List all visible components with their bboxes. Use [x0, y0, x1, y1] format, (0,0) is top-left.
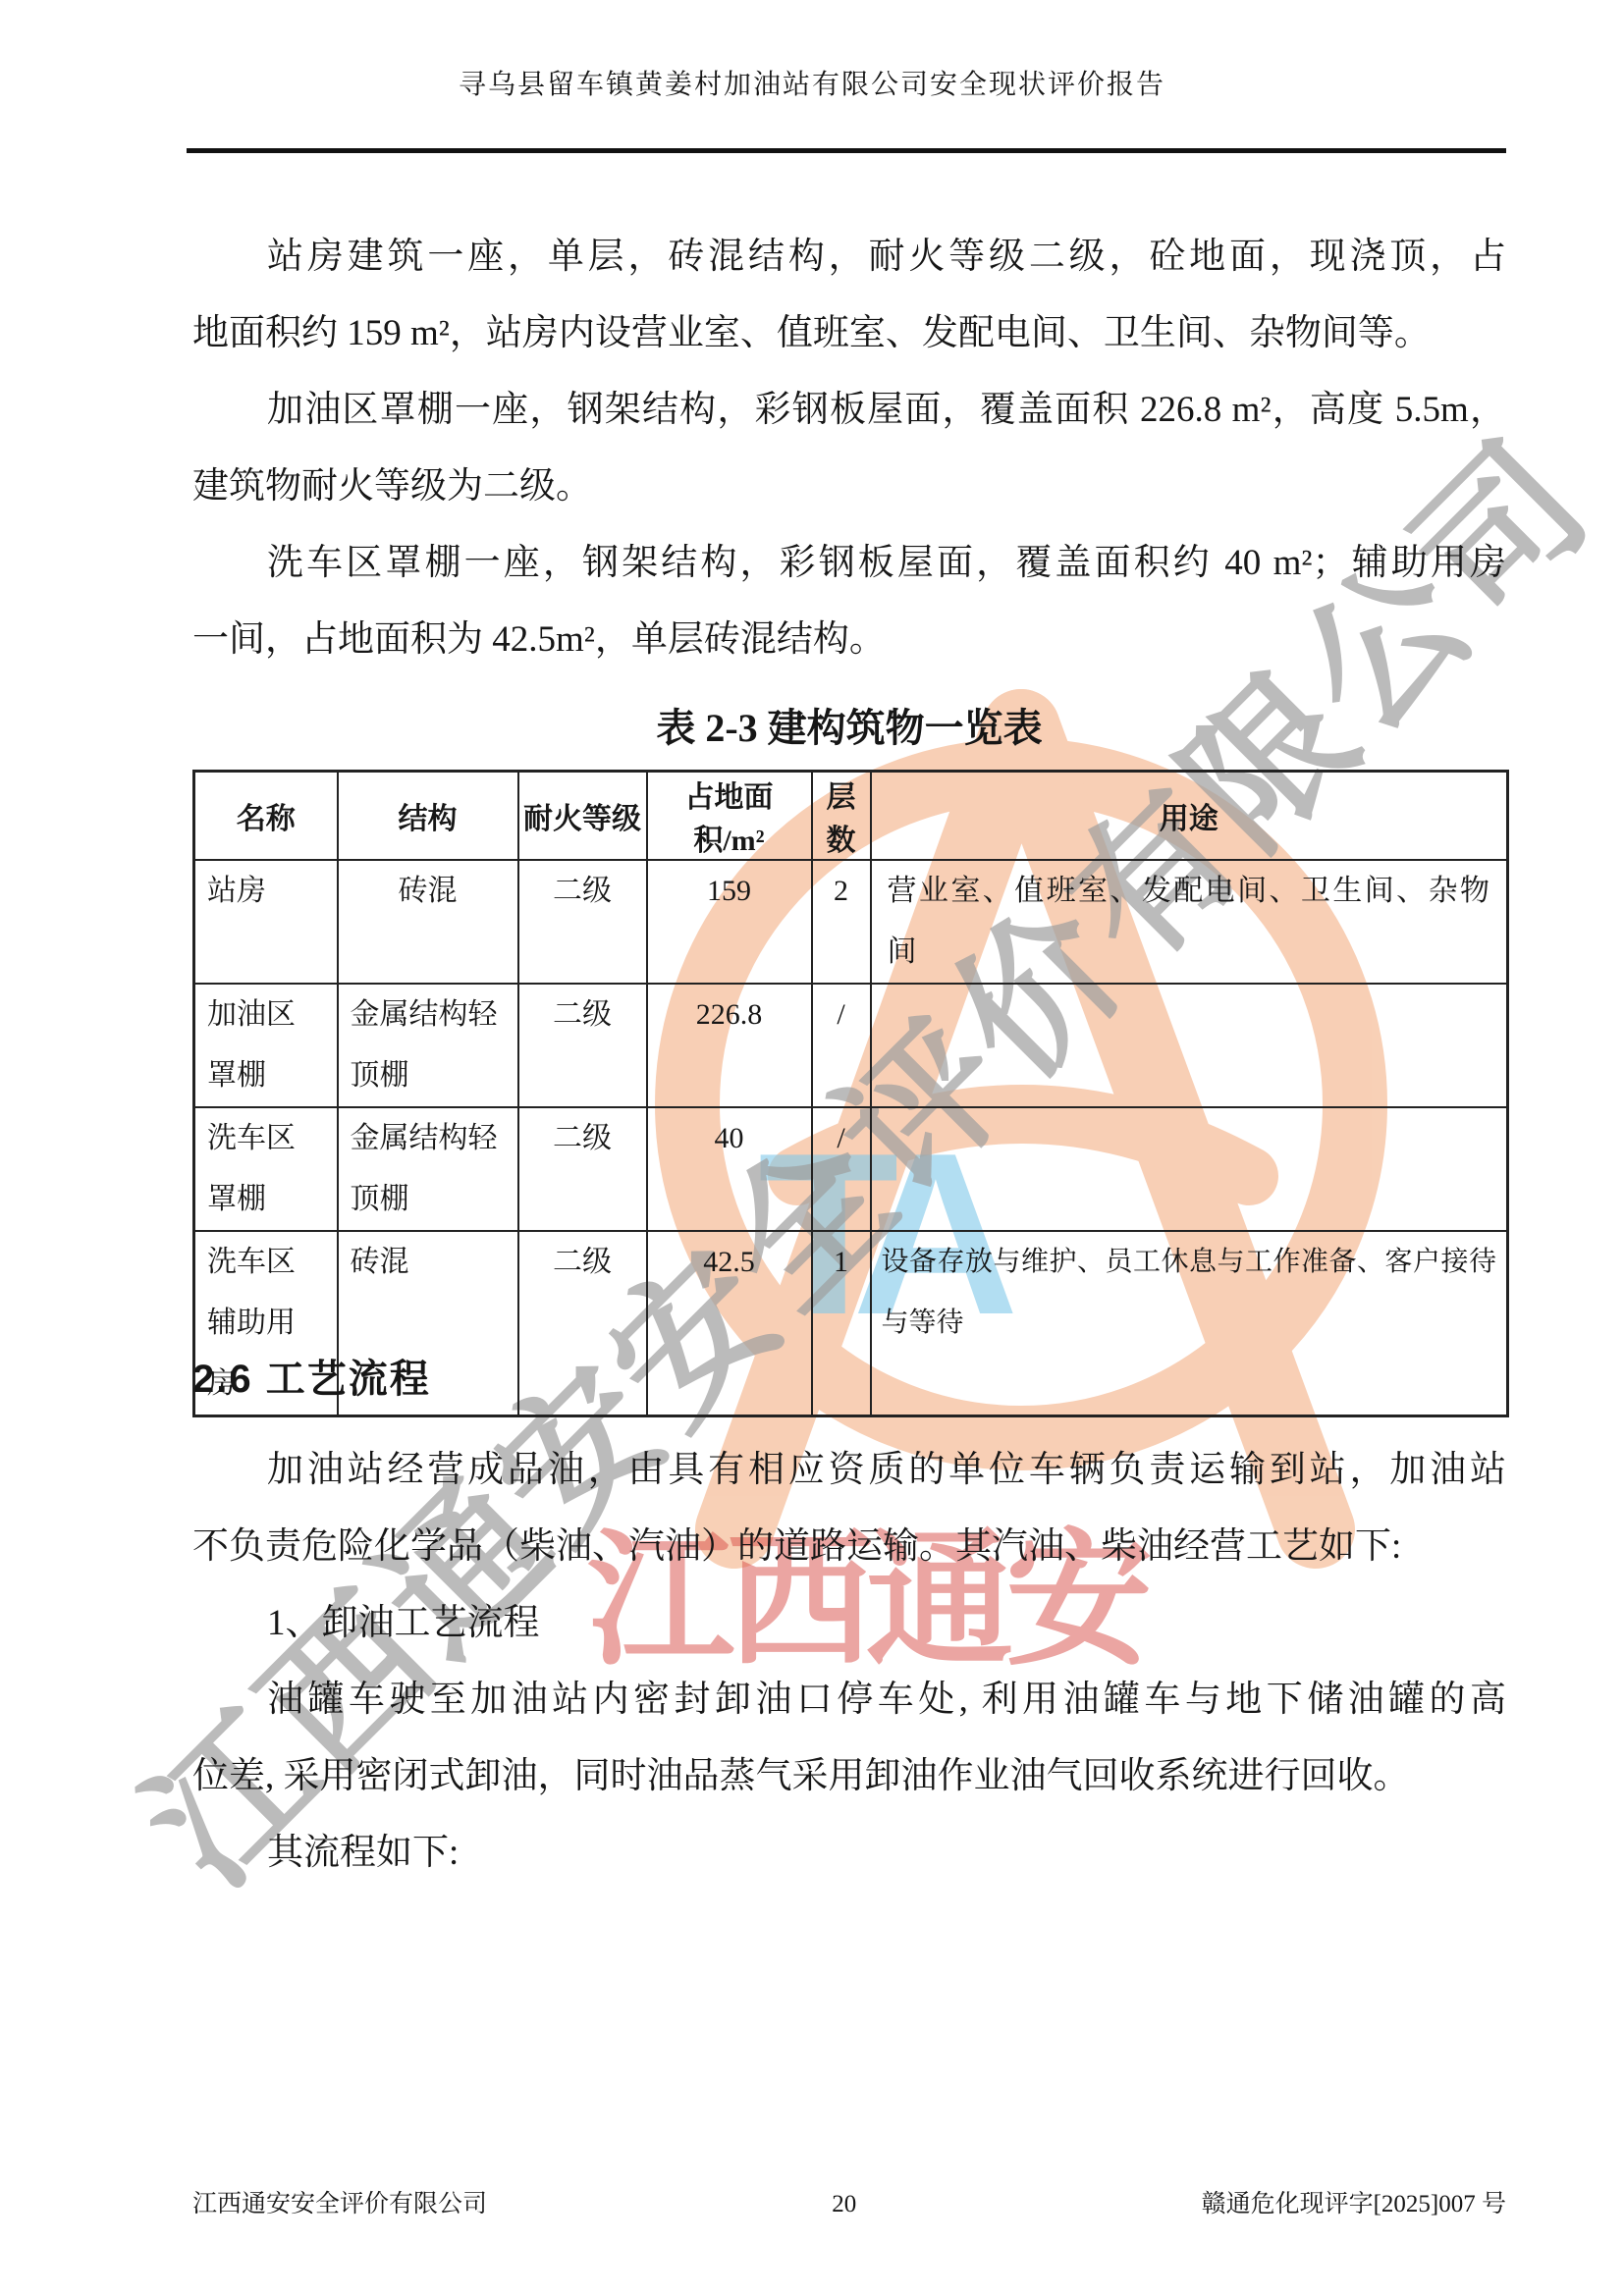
table-row: 加油区罩棚 金属结构轻顶棚 二级 226.8 / [194, 984, 1508, 1107]
header-rule [187, 148, 1506, 153]
paragraph-line: 加油站经营成品油，由具有相应资质的单位车辆负责运输到站，加油站 [192, 1432, 1506, 1509]
footer-page-number: 20 [832, 2185, 856, 2224]
cell-usage [871, 1107, 1508, 1231]
table-row: 站房 砖混 二级 159 2 营业室、值班室、发配电间、卫生间、杂物间 [194, 860, 1508, 984]
col-header-name: 名称 [194, 772, 338, 861]
cell-area: 40 [647, 1107, 812, 1231]
footer-company: 江西通安安全评价有限公司 [192, 2185, 487, 2224]
col-header-floors: 层数 [812, 772, 871, 861]
cell-floors: / [812, 1107, 871, 1231]
buildings-table: 名称 结构 耐火等级 占地面积/m² 层数 用途 站房 砖混 二级 159 2 … [192, 770, 1509, 1417]
cell-structure: 砖混 [338, 860, 518, 984]
paragraph-line: 加油区罩棚一座，钢架结构，彩钢板屋面，覆盖面积 226.8 m²，高度 5.5m… [192, 372, 1506, 449]
paragraph-line: 其流程如下: [192, 1815, 1506, 1892]
cell-fire-rating: 二级 [518, 1231, 647, 1416]
cell-structure: 金属结构轻顶棚 [338, 1107, 518, 1231]
page-header-title: 寻乌县留车镇黄姜村加油站有限公司安全现状评价报告 [0, 63, 1624, 102]
body-paragraphs-top: 站房建筑一座，单层，砖混结构，耐火等级二级，砼地面，现浇顶，占 地面积约 159… [192, 219, 1506, 678]
cell-floors: / [812, 984, 871, 1107]
paragraph-line: 一间，占地面积为 42.5m²，单层砖混结构。 [192, 602, 1506, 678]
page-footer: 江西通安安全评价有限公司 20 赣通危化现评字[2025]007 号 [192, 2185, 1506, 2224]
cell-usage: 营业室、值班室、发配电间、卫生间、杂物间 [871, 860, 1508, 984]
table-title: 表 2-3 建构筑物一览表 [192, 687, 1506, 770]
cell-fire-rating: 二级 [518, 860, 647, 984]
col-header-usage: 用途 [871, 772, 1508, 861]
cell-name: 加油区罩棚 [194, 984, 338, 1107]
table-row: 洗车区罩棚 金属结构轻顶棚 二级 40 / [194, 1107, 1508, 1231]
cell-area: 159 [647, 860, 812, 984]
table-header-row: 名称 结构 耐火等级 占地面积/m² 层数 用途 [194, 772, 1508, 861]
body-paragraphs-bottom: 加油站经营成品油，由具有相应资质的单位车辆负责运输到站，加油站 不负责危险化学品… [192, 1432, 1506, 1892]
paragraph-line: 1、卸油工艺流程 [192, 1585, 1506, 1662]
section-heading-2-6: 2.6 工艺流程 [192, 1342, 431, 1416]
col-header-area: 占地面积/m² [647, 772, 812, 861]
paragraph-line: 站房建筑一座，单层，砖混结构，耐火等级二级，砼地面，现浇顶，占 [192, 219, 1506, 295]
paragraph-line: 油罐车驶至加油站内密封卸油口停车处, 利用油罐车与地下储油罐的高 [192, 1662, 1506, 1738]
paragraph-line: 地面积约 159 m²，站房内设营业室、值班室、发配电间、卫生间、杂物间等。 [192, 295, 1506, 372]
cell-usage: 设备存放与维护、员工休息与工作准备、客户接待与等待 [871, 1231, 1508, 1416]
col-header-structure: 结构 [338, 772, 518, 861]
document-content: 寻乌县留车镇黄姜村加油站有限公司安全现状评价报告 站房建筑一座，单层，砖混结构，… [0, 0, 1624, 2296]
paragraph-line: 建筑物耐火等级为二级。 [192, 449, 1506, 525]
cell-area: 226.8 [647, 984, 812, 1107]
cell-area: 42.5 [647, 1231, 812, 1416]
cell-floors: 2 [812, 860, 871, 984]
cell-fire-rating: 二级 [518, 1107, 647, 1231]
document-page: TA 江西通安安全评价有限公司 江西通安 寻乌县留车镇黄姜村加油站有限公司安全现… [0, 0, 1624, 2296]
paragraph-line: 位差, 采用密闭式卸油，同时油品蒸气采用卸油作业油气回收系统进行回收。 [192, 1738, 1506, 1815]
col-header-fire-rating: 耐火等级 [518, 772, 647, 861]
footer-doc-number: 赣通危化现评字[2025]007 号 [1202, 2185, 1506, 2224]
cell-structure: 金属结构轻顶棚 [338, 984, 518, 1107]
cell-usage [871, 984, 1508, 1107]
cell-floors: 1 [812, 1231, 871, 1416]
paragraph-line: 不负责危险化学品（柴油、汽油）的道路运输。其汽油、柴油经营工艺如下: [192, 1509, 1506, 1585]
cell-fire-rating: 二级 [518, 984, 647, 1107]
paragraph-line: 洗车区罩棚一座，钢架结构，彩钢板屋面，覆盖面积约 40 m²；辅助用房 [192, 525, 1506, 602]
cell-name: 站房 [194, 860, 338, 984]
cell-name: 洗车区罩棚 [194, 1107, 338, 1231]
